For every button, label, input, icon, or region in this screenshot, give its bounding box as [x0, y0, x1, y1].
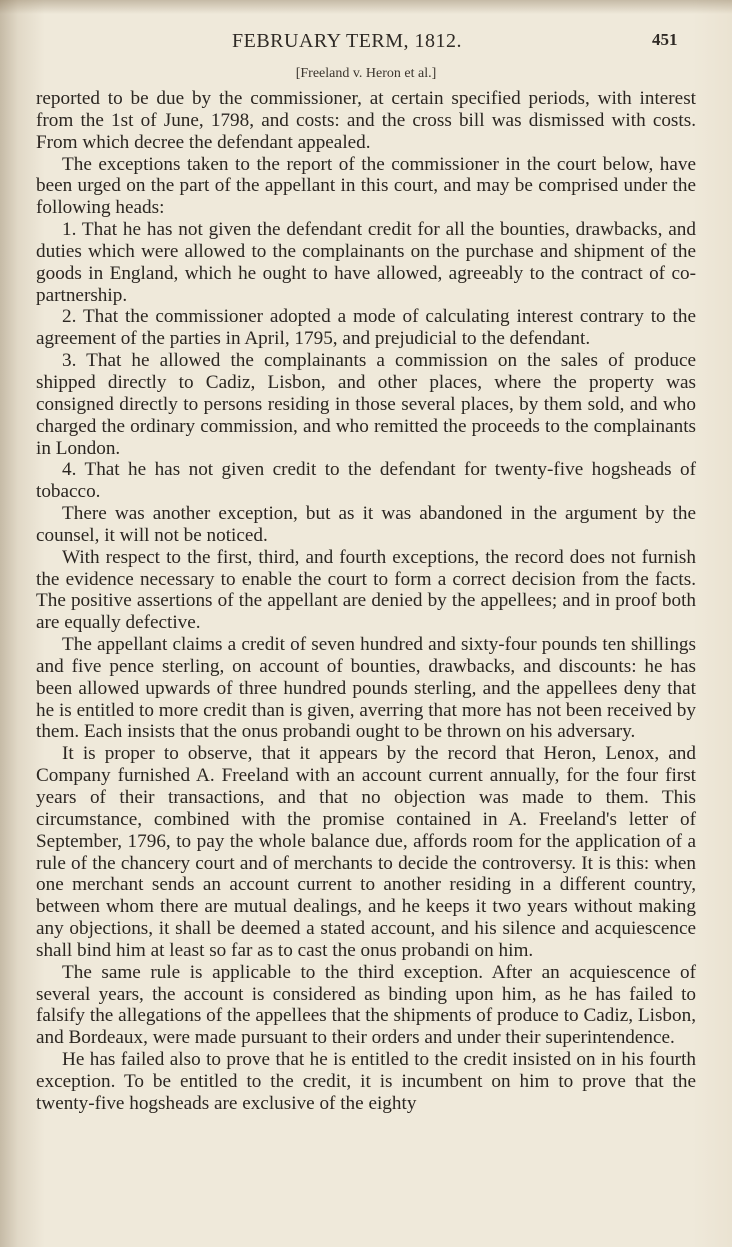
- paragraph: It is proper to observe, that it appears…: [36, 743, 696, 961]
- paragraph-exception-1: 1. That he has not given the defendant c…: [36, 219, 696, 306]
- running-head: FEBRUARY TERM, 1812. 451: [0, 30, 732, 58]
- paragraph: With respect to the first, third, and fo…: [36, 547, 696, 634]
- paragraph-exception-3: 3. That he allowed the complainants a co…: [36, 350, 696, 459]
- page-number: 451: [652, 30, 678, 50]
- body-text: reported to be due by the commissioner, …: [36, 88, 696, 1115]
- paragraph: The exceptions taken to the report of th…: [36, 154, 696, 220]
- paragraph: He has failed also to prove that he is e…: [36, 1049, 696, 1115]
- paragraph-exception-4: 4. That he has not given credit to the d…: [36, 459, 696, 503]
- paragraph-exception-2: 2. That the commissioner adopted a mode …: [36, 306, 696, 350]
- paragraph: The same rule is applicable to the third…: [36, 962, 696, 1049]
- running-title: FEBRUARY TERM, 1812.: [232, 30, 462, 53]
- paragraph: There was another exception, but as it w…: [36, 503, 696, 547]
- case-caption: [Freeland v. Heron et al.]: [0, 66, 732, 82]
- paragraph: reported to be due by the commissioner, …: [36, 88, 696, 154]
- case-caption-text: [Freeland v. Heron et al.]: [296, 66, 437, 81]
- paragraph: The appellant claims a credit of seven h…: [36, 634, 696, 743]
- scanned-book-page: FEBRUARY TERM, 1812. 451 [Freeland v. He…: [0, 0, 732, 1247]
